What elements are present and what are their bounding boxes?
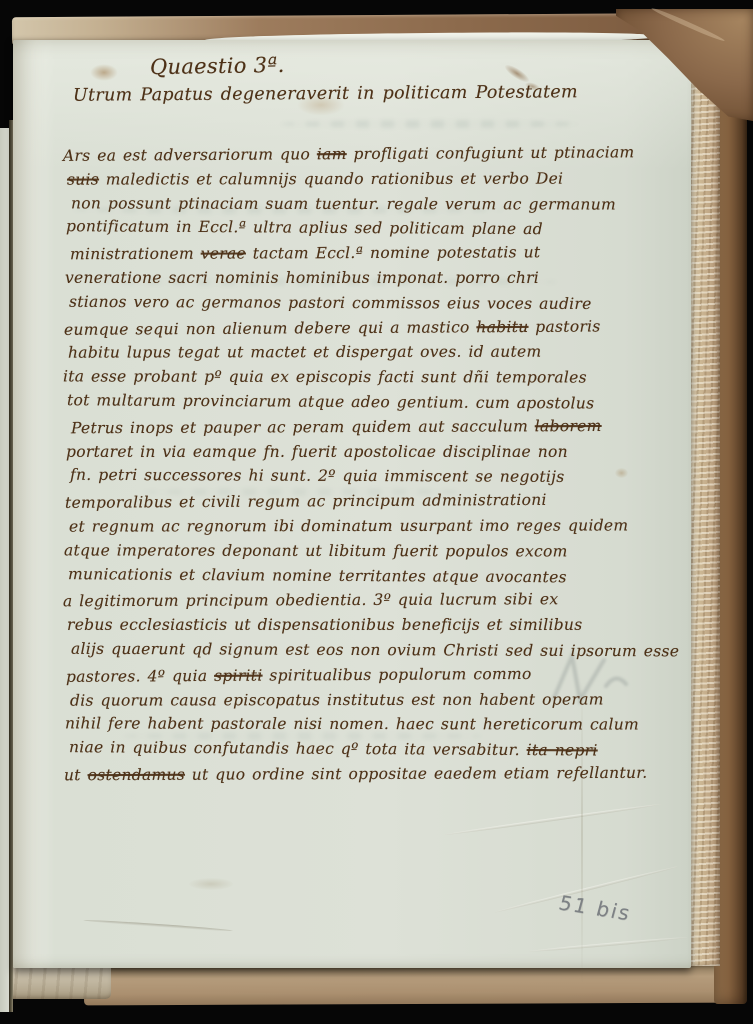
manuscript-line: a legitimorum principum obedientia. 3º q…	[63, 587, 651, 614]
ink-stain	[189, 878, 233, 890]
manuscript-line: non possunt ptinaciam suam tuentur. rega…	[71, 191, 651, 217]
page-stack-right-edges	[688, 40, 720, 966]
manuscript-line: pontificatum in Eccl.ª ultra aplius sed …	[66, 215, 651, 243]
folio-number-pencil: 51 bis	[556, 891, 634, 926]
manuscript-line: atque imperatores deponant ut libitum fu…	[64, 538, 651, 564]
manuscript-line: ita esse probant pº quia ex episcopis fa…	[63, 365, 651, 391]
manuscript-line: tot multarum provinciarum atque adeo gen…	[67, 388, 651, 416]
manuscript-line: pastores. 4º quia spiriti spiritualibus …	[66, 661, 651, 689]
manuscript-line: rebus ecclesiasticis ut dispensationibus…	[67, 613, 651, 638]
manuscript-line: ut ostendamus ut quo ordine sint opposit…	[64, 761, 651, 788]
paper-crease	[83, 919, 233, 932]
manuscript-line: suis maledictis et calumnijs quando rati…	[67, 166, 651, 192]
manuscript-line: ministrationem verae tactam Eccl.ª nomin…	[70, 240, 651, 267]
manuscript-line: et regnum ac regnorum ibi dominatum usur…	[69, 513, 651, 539]
manuscript-line: portaret in via eamque fn. fuerit aposto…	[66, 440, 651, 465]
facing-page-edge	[0, 128, 9, 1012]
book-bottom-cover-edge	[84, 965, 738, 1006]
bleedthrough-text	[281, 120, 581, 128]
manuscript-line: nihil fere habent pastorale nisi nomen. …	[65, 712, 651, 738]
manuscript-line: stianos vero ac germanos pastori commiss…	[69, 290, 651, 317]
manuscript-line: veneratione sacri nominis hominibus impo…	[65, 266, 651, 291]
manuscript-line: temporalibus et civili regum ac principu…	[65, 487, 651, 515]
paper-crease	[444, 803, 662, 837]
quaestio-heading: Quaestio 3ª.	[150, 53, 285, 79]
manuscript-line: dis quorum causa episcopatus institutus …	[70, 687, 651, 713]
paper-crease	[528, 936, 688, 953]
manuscript-page: Quaestio 3ª. Utrum Papatus degeneraverit…	[13, 40, 691, 968]
ink-stain	[90, 64, 118, 81]
manuscript-line: niae in quibus confutandis haec qº tota …	[69, 735, 651, 763]
quaestio-subheading: Utrum Papatus degeneraverit in politicam…	[73, 82, 578, 106]
manuscript-line: eumque sequi non alienum debere qui a ma…	[64, 314, 651, 342]
manuscript-photo: Quaestio 3ª. Utrum Papatus degeneraverit…	[0, 0, 753, 1024]
manuscript-line: Petrus inops et pauper ac peram quidem a…	[71, 414, 651, 441]
manuscript-line: municationis et clavium nomine territant…	[68, 562, 651, 590]
manuscript-line: fn. petri successores hi sunt. 2º quia i…	[70, 463, 651, 490]
manuscript-line: alijs quaerunt qd signum est eos non ovi…	[71, 637, 651, 664]
manuscript-body: Ars ea est adversariorum quo iam proflig…	[63, 142, 651, 787]
manuscript-line: habitu lupus tegat ut mactet et disperga…	[68, 340, 651, 366]
manuscript-line: Ars ea est adversariorum quo iam proflig…	[63, 140, 651, 168]
